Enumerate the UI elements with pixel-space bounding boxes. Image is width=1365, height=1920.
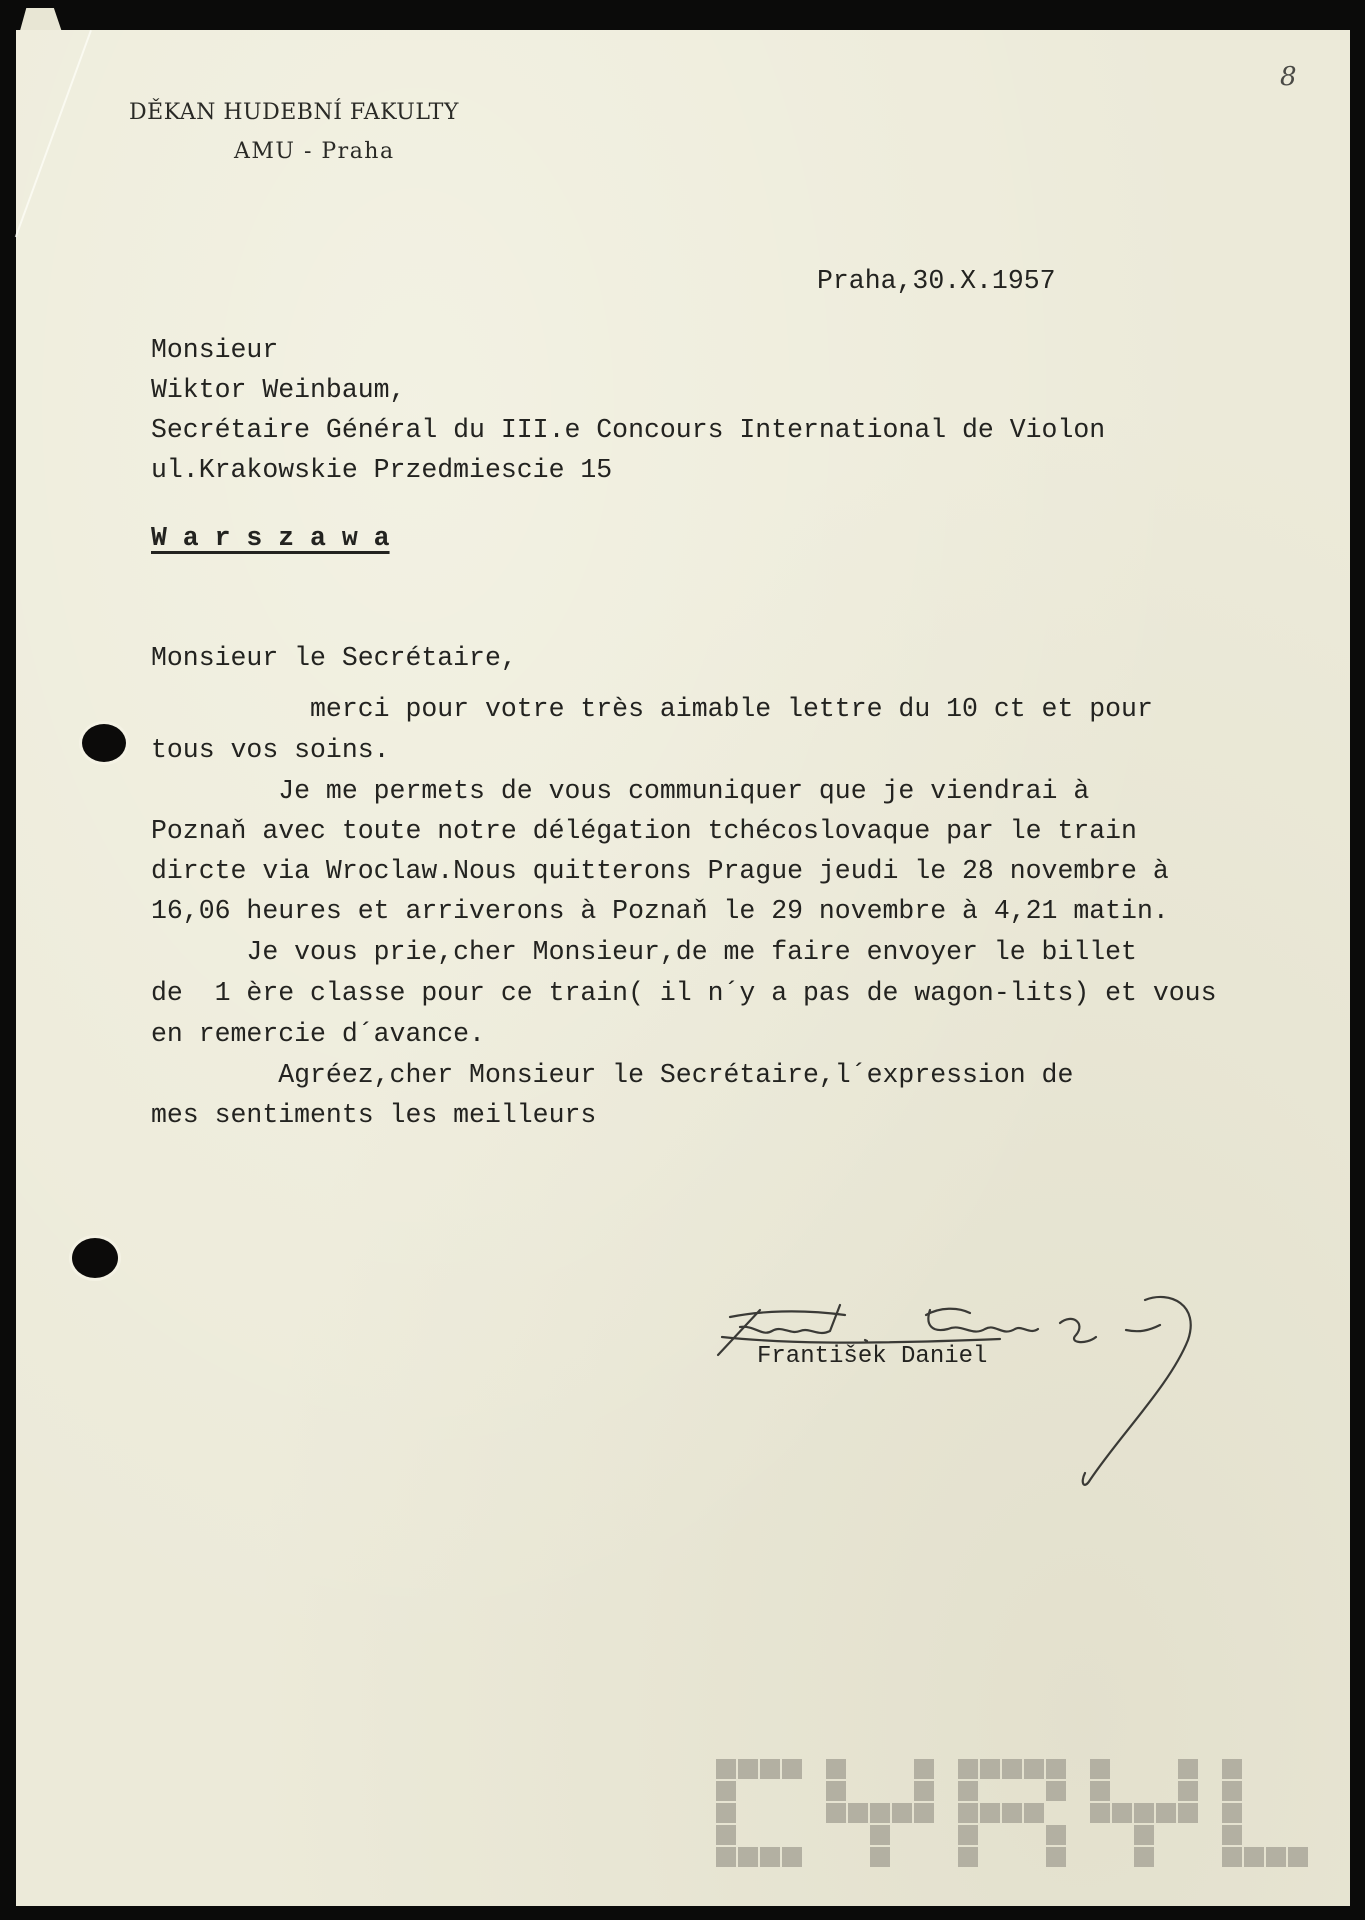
watermark-block <box>1090 1781 1110 1801</box>
watermark-block <box>1046 1825 1066 1845</box>
watermark-block <box>782 1759 802 1779</box>
watermark-block <box>1156 1803 1176 1823</box>
watermark-block <box>782 1847 802 1867</box>
watermark-block <box>1222 1781 1242 1801</box>
watermark-block <box>1266 1847 1286 1867</box>
watermark-block <box>914 1803 934 1823</box>
watermark-block <box>1090 1759 1110 1779</box>
watermark-block <box>848 1803 868 1823</box>
recipient-title: Secrétaire Général du III.e Concours Int… <box>151 417 1105 444</box>
watermark-block <box>870 1825 890 1845</box>
body-line: Je vous prie,cher Monsieur,de me faire e… <box>151 939 1137 966</box>
watermark-block <box>1222 1847 1242 1867</box>
watermark-block <box>1178 1781 1198 1801</box>
watermark-block <box>1002 1759 1022 1779</box>
body-line: mes sentiments les meilleurs <box>151 1102 596 1129</box>
watermark-block <box>958 1781 978 1801</box>
page-number: 8 <box>1280 62 1297 92</box>
watermark-block <box>1090 1803 1110 1823</box>
watermark-block <box>914 1759 934 1779</box>
watermark-block <box>716 1781 736 1801</box>
punch-hole <box>72 1238 118 1278</box>
watermark-block <box>1178 1803 1198 1823</box>
watermark-block <box>958 1847 978 1867</box>
watermark-block <box>980 1803 1000 1823</box>
watermark-block <box>738 1847 758 1867</box>
letter-page <box>16 30 1350 1906</box>
recipient-city: W a r s z a w a <box>151 525 390 552</box>
watermark-block <box>1046 1847 1066 1867</box>
watermark-block <box>1244 1847 1264 1867</box>
letter-date: Praha,30.X.1957 <box>817 268 1056 295</box>
watermark-block <box>1134 1825 1154 1845</box>
watermark-block <box>826 1759 846 1779</box>
watermark-block <box>760 1847 780 1867</box>
punch-hole <box>82 724 126 762</box>
body-line: 16,06 heures et arriverons à Poznaň le 2… <box>151 898 1169 925</box>
body-line: Agréez,cher Monsieur le Secrétaire,l´exp… <box>151 1062 1073 1089</box>
letterhead-subtitle: AMU - Praha <box>234 139 395 164</box>
recipient-honorific: Monsieur <box>151 337 278 364</box>
watermark-block <box>1178 1759 1198 1779</box>
body-line: en remercie d´avance. <box>151 1021 485 1048</box>
watermark-block <box>826 1781 846 1801</box>
watermark-block <box>716 1759 736 1779</box>
body-line: Poznaň avec toute notre délégation tchéc… <box>151 818 1137 845</box>
watermark-block <box>958 1825 978 1845</box>
watermark-block <box>1134 1803 1154 1823</box>
watermark-block <box>1046 1759 1066 1779</box>
watermark-block <box>1024 1759 1044 1779</box>
watermark-block <box>1222 1825 1242 1845</box>
watermark-block <box>914 1781 934 1801</box>
letter-salutation: Monsieur le Secrétaire, <box>151 645 517 672</box>
signatory-name: František Daniel <box>757 1345 987 1369</box>
watermark-block <box>870 1803 890 1823</box>
body-line: dircte via Wroclaw.Nous quitterons Pragu… <box>151 858 1169 885</box>
watermark-block <box>958 1759 978 1779</box>
watermark-block <box>1046 1781 1066 1801</box>
watermark-block <box>1288 1847 1308 1867</box>
watermark-block <box>1002 1803 1022 1823</box>
watermark-block <box>738 1759 758 1779</box>
watermark-block <box>1112 1803 1132 1823</box>
watermark-block <box>1134 1847 1154 1867</box>
body-line: tous vos soins. <box>151 737 390 764</box>
watermark-block <box>892 1803 912 1823</box>
watermark-block <box>716 1847 736 1867</box>
body-line: de 1 ère classe pour ce train( il n´y a … <box>151 980 1216 1007</box>
body-line: Je me permets de vous communiquer que je… <box>151 778 1089 805</box>
recipient-name: Wiktor Weinbaum, <box>151 377 405 404</box>
letterhead-title: DĚKAN HUDEBNÍ FAKULTY <box>129 100 459 125</box>
watermark-block <box>870 1847 890 1867</box>
watermark-block <box>1024 1803 1044 1823</box>
watermark-block <box>760 1759 780 1779</box>
watermark-block <box>1222 1803 1242 1823</box>
watermark-block <box>980 1759 1000 1779</box>
watermark-block <box>1222 1759 1242 1779</box>
watermark-block <box>826 1803 846 1823</box>
watermark-block <box>716 1803 736 1823</box>
body-line: merci pour votre très aimable lettre du … <box>151 696 1153 723</box>
watermark-block <box>716 1825 736 1845</box>
recipient-street: ul.Krakowskie Przedmiescie 15 <box>151 457 612 484</box>
handwritten-signature <box>700 1285 1240 1505</box>
watermark-block <box>958 1803 978 1823</box>
